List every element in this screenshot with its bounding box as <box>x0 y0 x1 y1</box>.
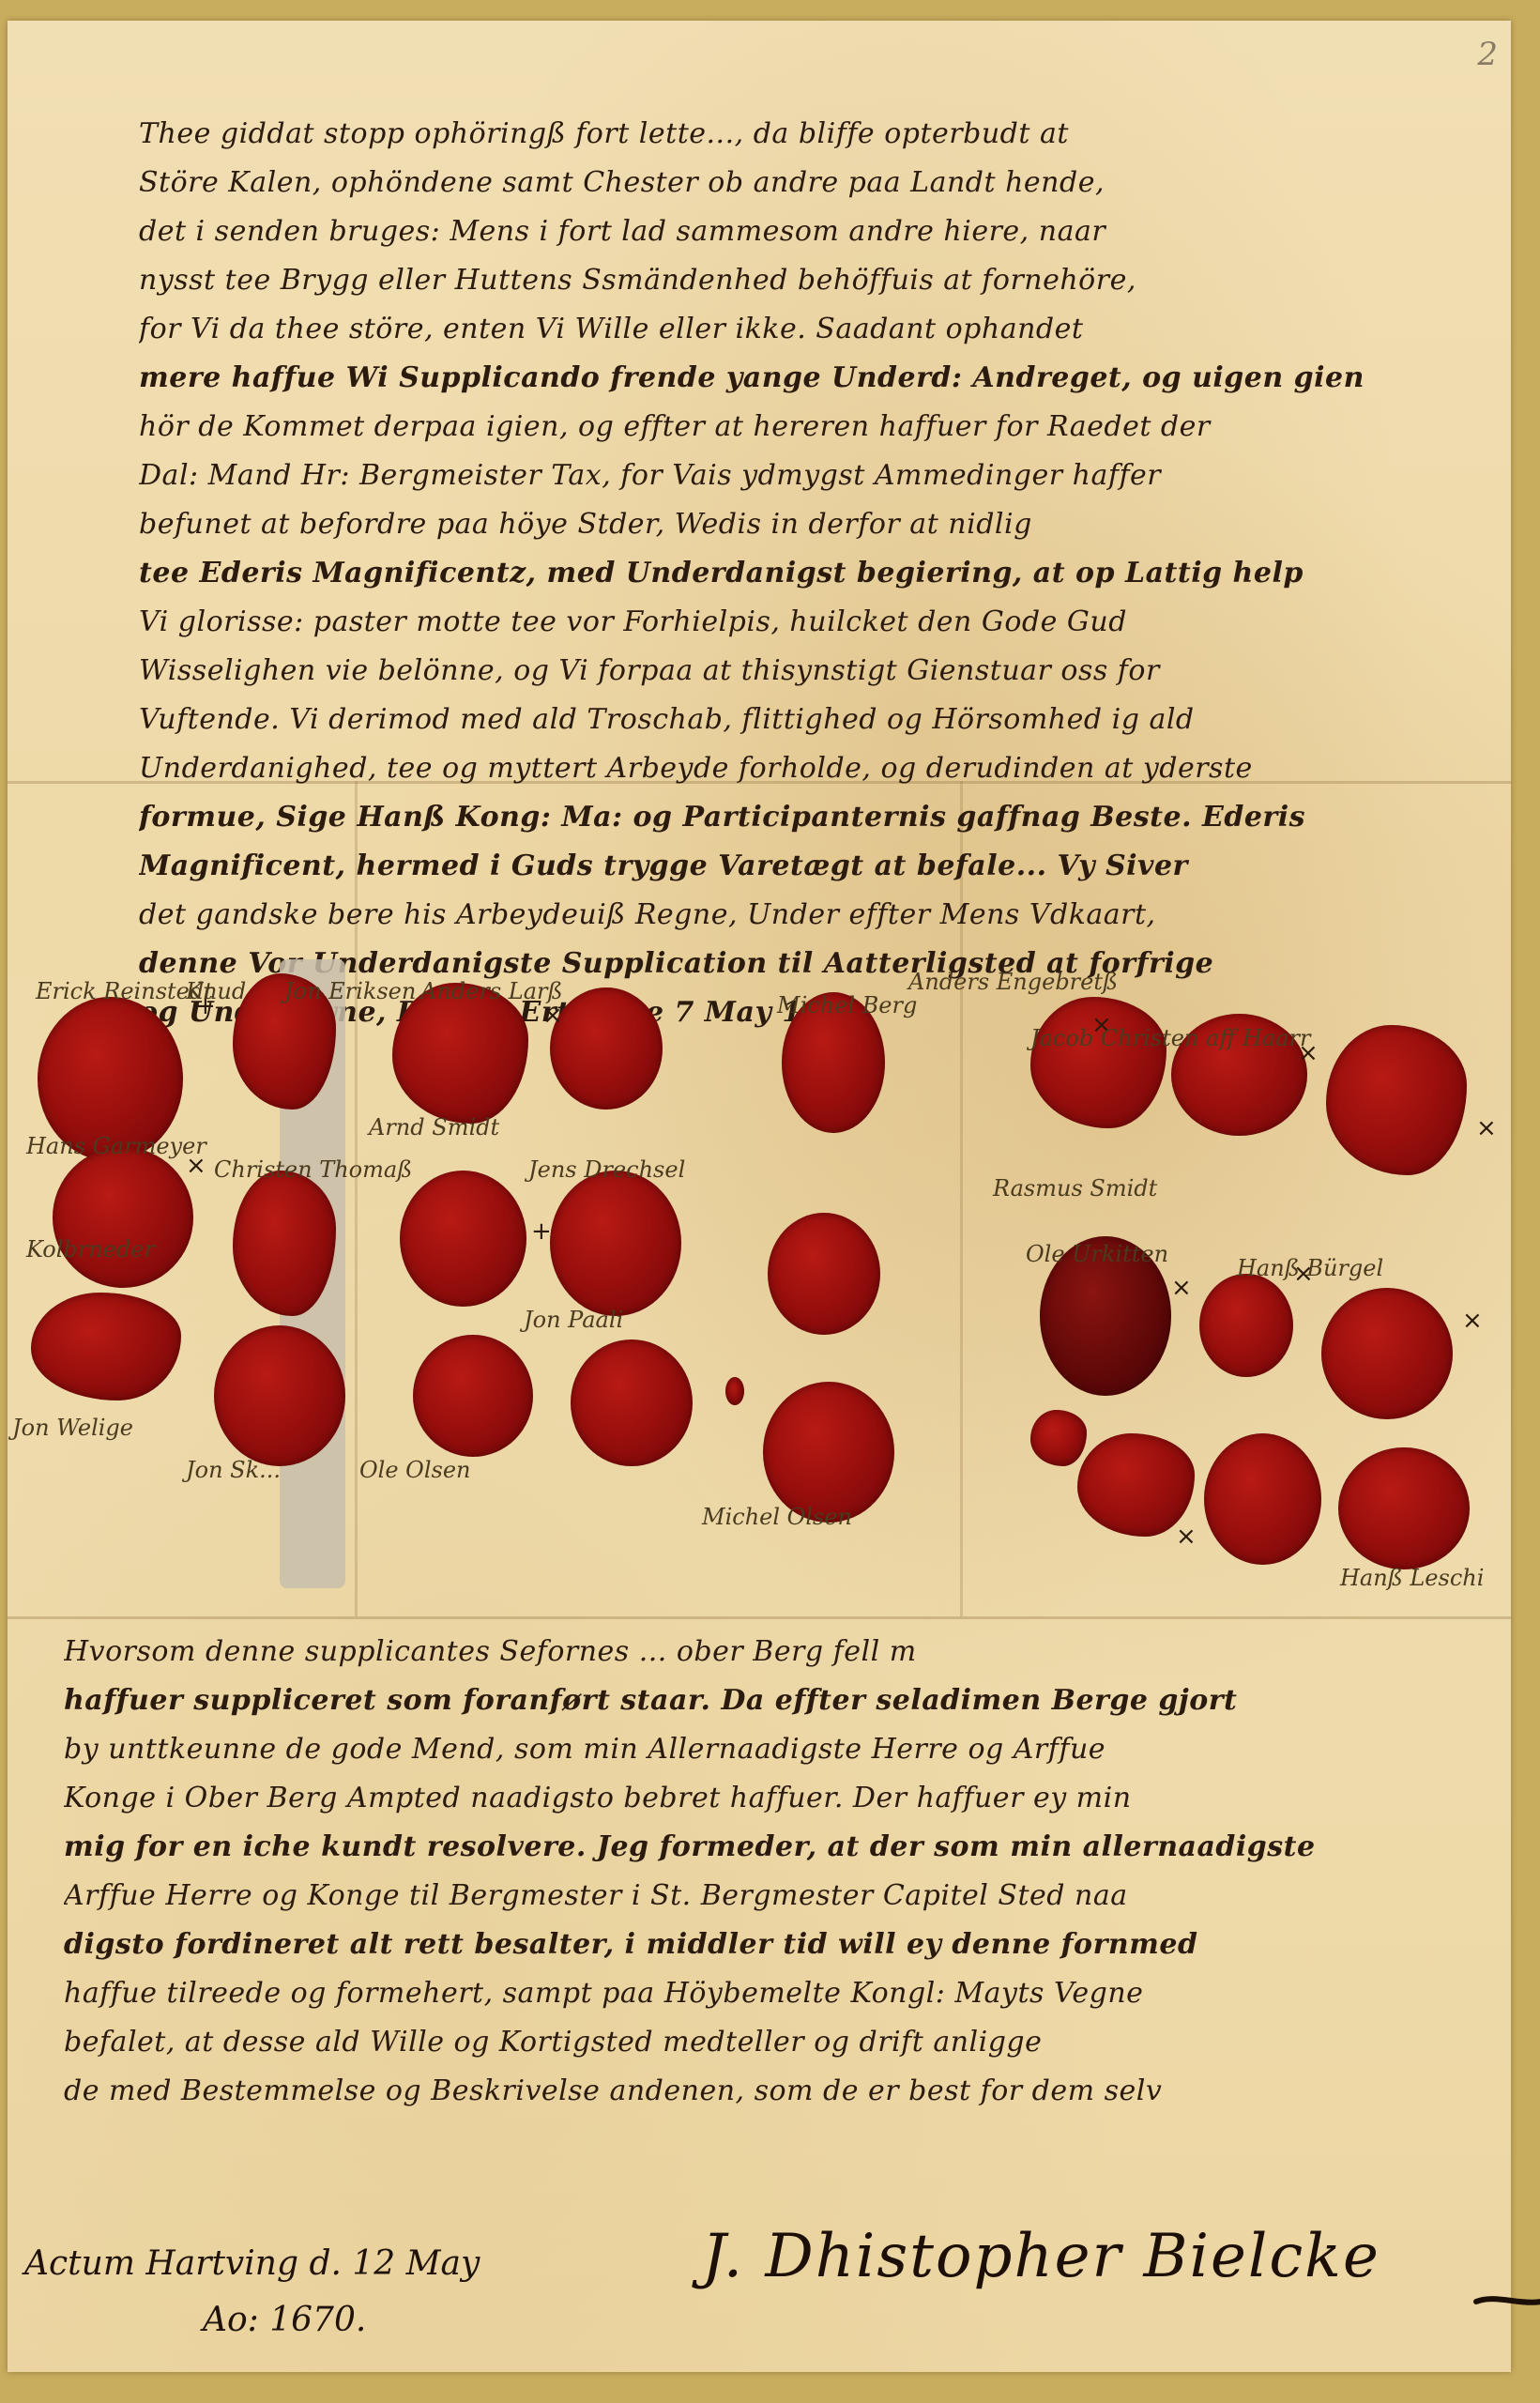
signature-text: J. Dhistopher Bielcke <box>702 2222 1380 2291</box>
manuscript-line: Thee giddat stopp ophöringß fort lette..… <box>139 110 1471 159</box>
manuscript-line: de med Bestemmelse og Beskrivelse andene… <box>64 2067 1471 2116</box>
wax-seal <box>413 1335 533 1457</box>
signatory-name: Jens Drechsel <box>528 1156 685 1183</box>
manuscript-line: befalet, at desse ald Wille og Kortigste… <box>64 2018 1471 2067</box>
signature-cross-mark: × <box>1176 1523 1197 1551</box>
manuscript-line: Vuftende. Vi derimod med ald Troschab, f… <box>139 696 1471 744</box>
resolution-text: Hvorsom denne supplicantes Sefornes ... … <box>64 1628 1471 2116</box>
manuscript-line: for Vi da thee störe, enten Vi Wille ell… <box>139 305 1471 354</box>
wax-seal <box>571 1339 693 1466</box>
signatory-name: Christen Thomaß <box>214 1156 412 1183</box>
wax-seal <box>1199 1274 1293 1377</box>
signatory-name: Michel Olsen <box>702 1504 852 1530</box>
signature-cross-mark: × <box>542 1002 563 1030</box>
wax-seal <box>31 1293 181 1400</box>
seal-and-signature-area: + × × × × × + × × × × Erick ReinstedtKnu… <box>8 922 1511 1635</box>
actum-year: Ao: 1670. <box>24 2292 480 2349</box>
manuscript-line: befunet at befordre paa höye Stder, Wedi… <box>139 500 1471 549</box>
signatory-name: Jon Sk... <box>186 1457 281 1483</box>
manuscript-line: formue, Sige Hanß Kong: Ma: og Participa… <box>139 793 1471 842</box>
wax-seal <box>1326 1025 1467 1175</box>
signatory-name: Arnd Smidt <box>369 1114 499 1140</box>
petition-text: Thee giddat stopp ophöringß fort lette..… <box>139 110 1471 1037</box>
manuscript-line: Störe Kalen, ophöndene samt Chester ob a… <box>139 159 1471 207</box>
signatory-name: Anders Engebretß <box>908 969 1118 995</box>
manuscript-line: Dal: Mand Hr: Bergmeister Tax, for Vais … <box>139 452 1471 500</box>
manuscript-line: Arffue Herre og Konge til Bergmester i S… <box>64 1872 1471 1921</box>
signature-cross-mark: × <box>1462 1307 1483 1335</box>
signatory-name: Kolbrneder <box>26 1236 155 1263</box>
wax-seal <box>1204 1433 1321 1565</box>
wax-seal <box>214 1325 345 1466</box>
signatory-name: Jon Eriksen <box>284 978 416 1004</box>
signature-flourish-icon <box>1471 2288 1540 2325</box>
wax-seal <box>1321 1288 1453 1419</box>
manuscript-line: Vi glorisse: paster motte tee vor Forhie… <box>139 598 1471 647</box>
wax-seal <box>233 1171 336 1316</box>
signatory-name: Jon Welige <box>12 1415 133 1441</box>
signatory-name: Jacob Christen aff Haarr <box>1030 1025 1310 1051</box>
signatory-name: Rasmus Smidt <box>993 1175 1157 1201</box>
manuscript-line: det i senden bruges: Mens i fort lad sam… <box>139 207 1471 256</box>
wax-seal-fragment <box>725 1377 744 1405</box>
manuscript-line: Underdanighed, tee og myttert Arbeyde fo… <box>139 744 1471 793</box>
signatory-name: Jon Paali <box>524 1307 623 1333</box>
signature-cross-mark: × <box>1476 1114 1497 1142</box>
signatory-name: Hanß Leschi <box>1340 1565 1484 1591</box>
wax-seal <box>550 987 663 1110</box>
signatory-name: Michel Berg <box>777 992 917 1018</box>
wax-seal-fragment <box>1030 1410 1087 1466</box>
signatory-name: Hanß Bürgel <box>1237 1255 1383 1281</box>
manuscript-line: haffuer suppliceret som foranført staar.… <box>64 1676 1471 1725</box>
manuscript-line: Konge i Ober Berg Ampted naadigsto bebre… <box>64 1774 1471 1823</box>
actum-line: Actum Hartving d. 12 May <box>24 2236 480 2292</box>
wax-seal <box>550 1171 681 1316</box>
wax-seal <box>53 1147 193 1288</box>
signatory-name: Ole Olsen <box>359 1457 471 1483</box>
manuscript-line: hör de Kommet derpaa igien, og effter at… <box>139 403 1471 452</box>
signatory-name: Anders Larß <box>420 978 563 1004</box>
wax-seal <box>1077 1433 1195 1537</box>
manuscript-line: mere haffue Wi Supplicando frende yange … <box>139 354 1471 403</box>
manuscript-line: Hvorsom denne supplicantes Sefornes ... … <box>64 1628 1471 1676</box>
page-number: 2 <box>1477 36 1498 73</box>
signature-cross-mark: + <box>531 1217 552 1246</box>
signature-cross-mark: × <box>1171 1274 1192 1302</box>
manuscript-line: Magnificent, hermed i Guds trygge Varetæ… <box>139 842 1471 891</box>
manuscript-page: 2 Thee giddat stopp ophöringß fort lette… <box>8 21 1511 2372</box>
actum-date: Actum Hartving d. 12 May Ao: 1670. <box>24 2236 480 2349</box>
manuscript-line: haffue tilreede og formehert, sampt paa … <box>64 1969 1471 2018</box>
manuscript-line: digsto fordineret alt rett besalter, i m… <box>64 1921 1471 1969</box>
signature-bielcke: J. Dhistopher Bielcke <box>702 2222 1380 2291</box>
signatory-name: Hans Garmeyer <box>26 1133 206 1159</box>
signatory-name: Knud <box>186 978 246 1004</box>
wax-seal <box>768 1213 880 1335</box>
wax-seal <box>400 1171 526 1307</box>
wax-seal <box>763 1382 894 1523</box>
wax-seal <box>1338 1447 1470 1569</box>
manuscript-line: nysst tee Brygg eller Huttens Ssmändenhe… <box>139 256 1471 305</box>
manuscript-line: by unttkeunne de gode Mend, som min Alle… <box>64 1725 1471 1774</box>
manuscript-line: tee Ederis Magnificentz, med Underdanigs… <box>139 549 1471 598</box>
signatory-name: Ole Urkitten <box>1026 1241 1168 1267</box>
manuscript-line: Wisselighen vie belönne, og Vi forpaa at… <box>139 647 1471 696</box>
manuscript-line: mig for en iche kundt resolvere. Jeg for… <box>64 1823 1471 1872</box>
